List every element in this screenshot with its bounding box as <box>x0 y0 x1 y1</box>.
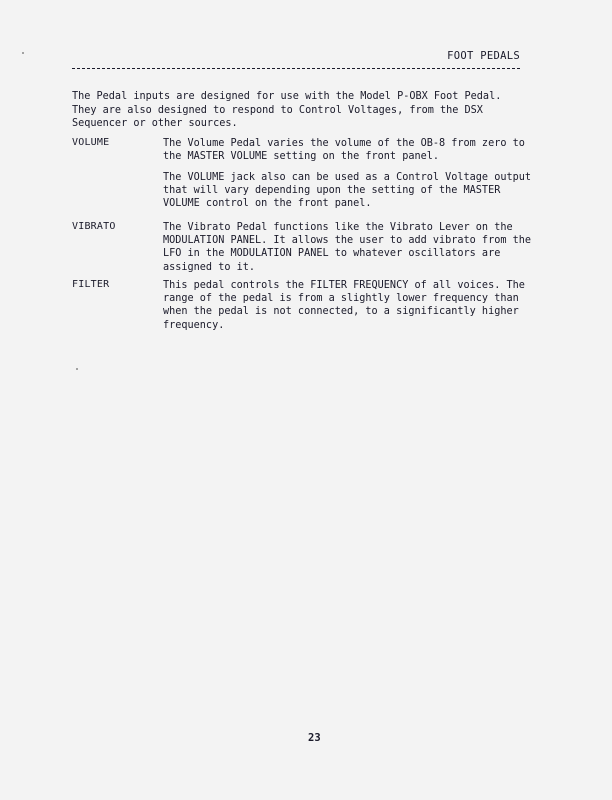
vibrato-description: The Vibrato Pedal functions like the Vib… <box>163 221 543 274</box>
scan-speck <box>22 52 24 54</box>
term-vibrato: VIBRATO <box>72 221 116 232</box>
section-header-title: FOOT PEDALS <box>447 50 520 62</box>
document-page: FOOT PEDALS The Pedal inputs are designe… <box>0 0 612 800</box>
term-filter: FILTER <box>72 279 109 290</box>
volume-description-1: The Volume Pedal varies the volume of th… <box>163 137 543 163</box>
page-number: 23 <box>308 732 321 744</box>
filter-description: This pedal controls the FILTER FREQUENCY… <box>163 279 543 332</box>
intro-paragraph: The Pedal inputs are designed for use wi… <box>72 90 532 131</box>
scan-speck <box>76 368 78 370</box>
term-volume: VOLUME <box>72 137 109 148</box>
dashed-divider <box>72 68 520 69</box>
volume-description-2: The VOLUME jack also can be used as a Co… <box>163 171 543 211</box>
